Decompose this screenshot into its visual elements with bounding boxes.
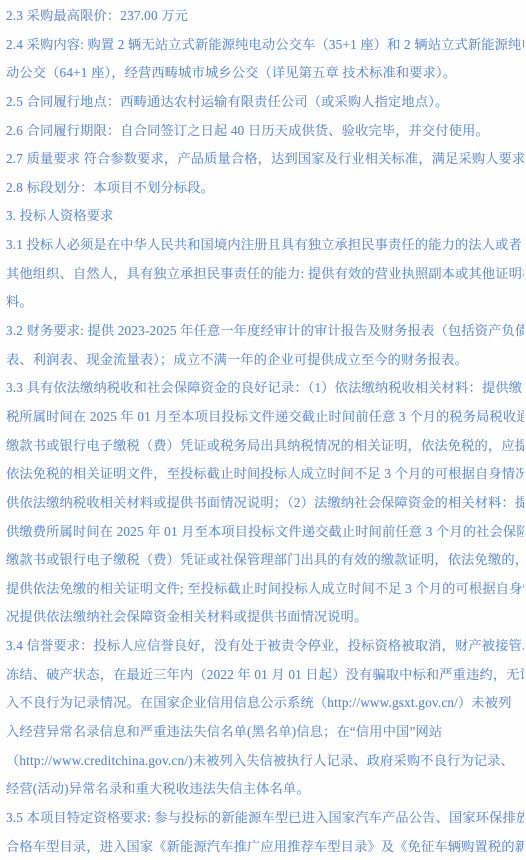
clause-3-4-reputation-requirement: 3.4 信誉要求：投标人应信誉良好，没有处于被责令停业，投标资格被取消，财产被接… [6,632,524,661]
clause-3-4-continued-5: 经营(活动)异常名录和重大税收违法失信主体名单。 [6,775,524,804]
clause-3-1-continued-2: 料。 [6,288,524,317]
section-3-heading: 3. 投标人资格要求 [6,202,524,231]
clause-3-3-continued-7: 提供依法免缴的相关证明文件; 至投标截止时间投标人成立时间不足 3 个月的可根据… [6,575,524,604]
clause-3-3-continued-1: 税所属时间在 2025 年 01 月至本项目投标文件递交截止时间前任意 3 个月… [6,403,524,432]
clause-3-3-tax-social-security: 3.3 具有依法缴纳税收和社会保障资金的良好记录：（1）依法缴纳税收相关材料：提… [6,374,524,403]
clause-2-4-continued: 动公交（64+1 座），经营西畴城市城乡公交（详见第五章 技术标准和要求）。 [6,59,524,88]
clause-3-3-continued-2: 缴款书或银行电子缴税（费）凭证或税务局出具纳税情况的相关证明，依法免税的，应提供 [6,432,524,461]
clause-3-3-continued-5: 供缴费所属时间在 2025 年 01 月至本项目投标文件递交截止时间前任意 3 … [6,518,524,547]
clause-3-3-continued-6: 缴款书或银行电子缴税（费）凭证或社保管理部门出具的有效的缴款证明，依法免缴的，应 [6,546,524,575]
clause-3-4-continued-3: 入经营异常名录信息和严重违法失信名单(黑名单)信息；在“信用中国”网站 [6,718,524,747]
clause-3-3-continued-3: 依法免税的相关证明文件，至投标截止时间投标人成立时间不足 3 个月的可根据自身情… [6,460,524,489]
document-page: 2.3 采购最高限价：237.00 万元 2.4 采购内容: 购置 2 辆无站立… [0,0,526,860]
clause-2-5-contract-location: 2.5 合同履行地点：西畴通达农村运输有限责任公司（或采购人指定地点）。 [6,88,524,117]
clause-3-3-continued-4: 供依法缴纳税收相关材料或提供书面情况说明；（2）法缴纳社会保障资金的相关材料：提 [6,489,524,518]
clause-3-4-continued-4-creditchina-url: （http://www.creditchina.gov.cn/)未被列入失信被执… [6,747,524,776]
clause-2-8-lot-division: 2.8 标段划分：本项目不划分标段。 [6,174,524,203]
clause-3-5-continued: 合格车型目录，进入国家《新能源汽车推广应用推荐车型目录》及《免征车辆购置税的新能 [6,833,524,860]
clause-3-2-financial-requirement: 3.2 财务要求: 提供 2023-2025 年任意一年度经审计的审计报告及财务… [6,317,524,346]
clause-2-6-contract-period: 2.6 合同履行期限：自合同签订之日起 40 日历天成供货、验收完毕，并交付使用… [6,117,524,146]
clause-3-4-continued-1: 冻结、破产状态，在最近三年内（2022 年 01 月 01 日起）没有骗取中标和… [6,661,524,690]
clause-3-3-continued-8: 况提供依法缴纳社会保障资金相关材料或提供书面情况说明。 [6,603,524,632]
clause-3-2-continued: 表、利润表、现金流量表）；成立不满一年的企业可提供成立至今的财务报表。 [6,346,524,375]
clause-3-5-specific-qualification: 3.5 本项目特定资格要求: 参与投标的新能源车型已进入国家汽车产品公告、国家环… [6,804,524,833]
clause-3-1-bidder-qualification: 3.1 投标人必须是在中华人民共和国境内注册且具有独立承担民事责任的能力的法人或… [6,231,524,260]
clause-3-4-continued-2-gsxt-url: 入不良行为记录情况。在国家企业信用信息公示系统（http://www.gsxt.… [6,689,524,718]
clause-2-7-quality-requirement: 2.7 质量要求 符合参数要求，产品质量合格，达到国家及行业相关标准，满足采购人… [6,145,524,174]
clause-2-4-procurement-content: 2.4 采购内容: 购置 2 辆无站立式新能源纯电动公交车（35+1 座）和 2… [6,31,524,60]
clause-3-1-continued-1: 其他组织、自然人，具有独立承担民事责任的能力: 提供有效的营业执照副本或其他证明… [6,260,524,289]
clause-2-3-max-price: 2.3 采购最高限价：237.00 万元 [6,2,524,31]
